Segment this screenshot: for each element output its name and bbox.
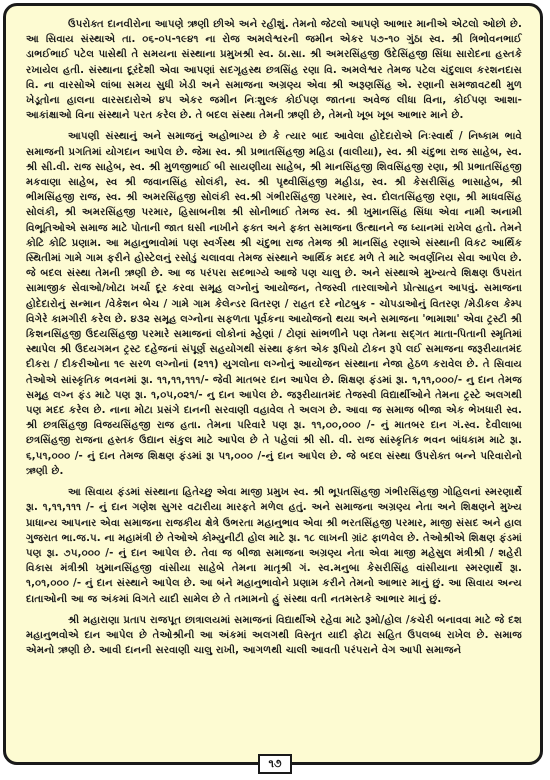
page-number: ૧૭	[258, 754, 292, 774]
paragraph-2-text: આપણી સંસ્થાનું અને સમાજનું અહોભાગ્ય છે ક…	[26, 131, 522, 476]
paragraph-3-text: આ સિવાય ફંડમાં સંસ્થાના હિતેચ્છુ એવા માજ…	[26, 487, 522, 604]
paragraph-2: આપણી સંસ્થાનું અને સમાજનું અહોભાગ્ય છે ક…	[26, 129, 522, 479]
paragraph-4-text: શ્રી મહારાણા પ્રતાપ રાજપૂત છાત્રાલયમાં સ…	[26, 615, 522, 656]
page-frame: ઉપરોક્ત દાનવીરોના આપણે ઋણી છીએ અને રહીશુ…	[3, 3, 543, 765]
paragraph-4: શ્રી મહારાણા પ્રતાપ રાજપૂત છાત્રાલયમાં સ…	[26, 613, 522, 659]
paragraph-1-text: ઉપરોક્ત દાનવીરોના આપણે ઋણી છીએ અને રહીશુ…	[26, 19, 522, 121]
paragraph-3: આ સિવાય ફંડમાં સંસ્થાના હિતેચ્છુ એવા માજ…	[26, 485, 522, 607]
paragraph-1: ઉપરોક્ત દાનવીરોના આપણે ઋણી છીએ અને રહીશુ…	[26, 17, 522, 123]
